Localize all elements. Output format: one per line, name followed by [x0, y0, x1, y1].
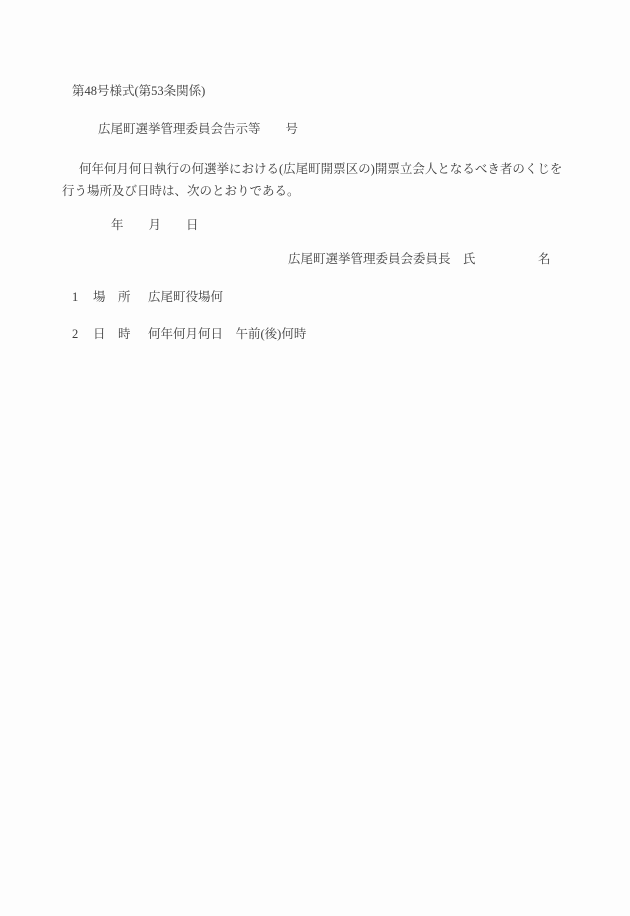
body-paragraph-line-2: 行う場所及び日時は、次のとおりである。: [62, 184, 300, 198]
date-placeholder-line: 年 月 日: [111, 218, 199, 232]
chairman-signature-line: 広尾町選挙管理委員会委員長 氏 名: [288, 252, 551, 266]
form-number-heading: 第48号様式(第53条関係): [72, 84, 205, 98]
item-2-value: 何年何月何日 午前(後)何時: [148, 327, 306, 341]
item-2-number: 2: [72, 327, 78, 341]
item-1-number: 1: [72, 290, 78, 304]
item-2-label: 日 時: [93, 327, 131, 341]
item-row-place: 1 場 所 広尾町役場何: [0, 290, 630, 304]
item-row-datetime: 2 日 時 何年何月何日 午前(後)何時: [0, 327, 630, 341]
notice-title-line: 広尾町選挙管理委員会告示等 号: [98, 122, 298, 136]
document-page: 第48号様式(第53条関係) 広尾町選挙管理委員会告示等 号 何年何月何日執行の…: [0, 0, 630, 916]
body-paragraph-line-1: 何年何月何日執行の何選挙における(広尾町開票区の)開票立会人となるべき者のくじを: [79, 162, 562, 176]
item-1-label: 場 所: [93, 290, 131, 304]
item-1-value: 広尾町役場何: [148, 290, 223, 304]
